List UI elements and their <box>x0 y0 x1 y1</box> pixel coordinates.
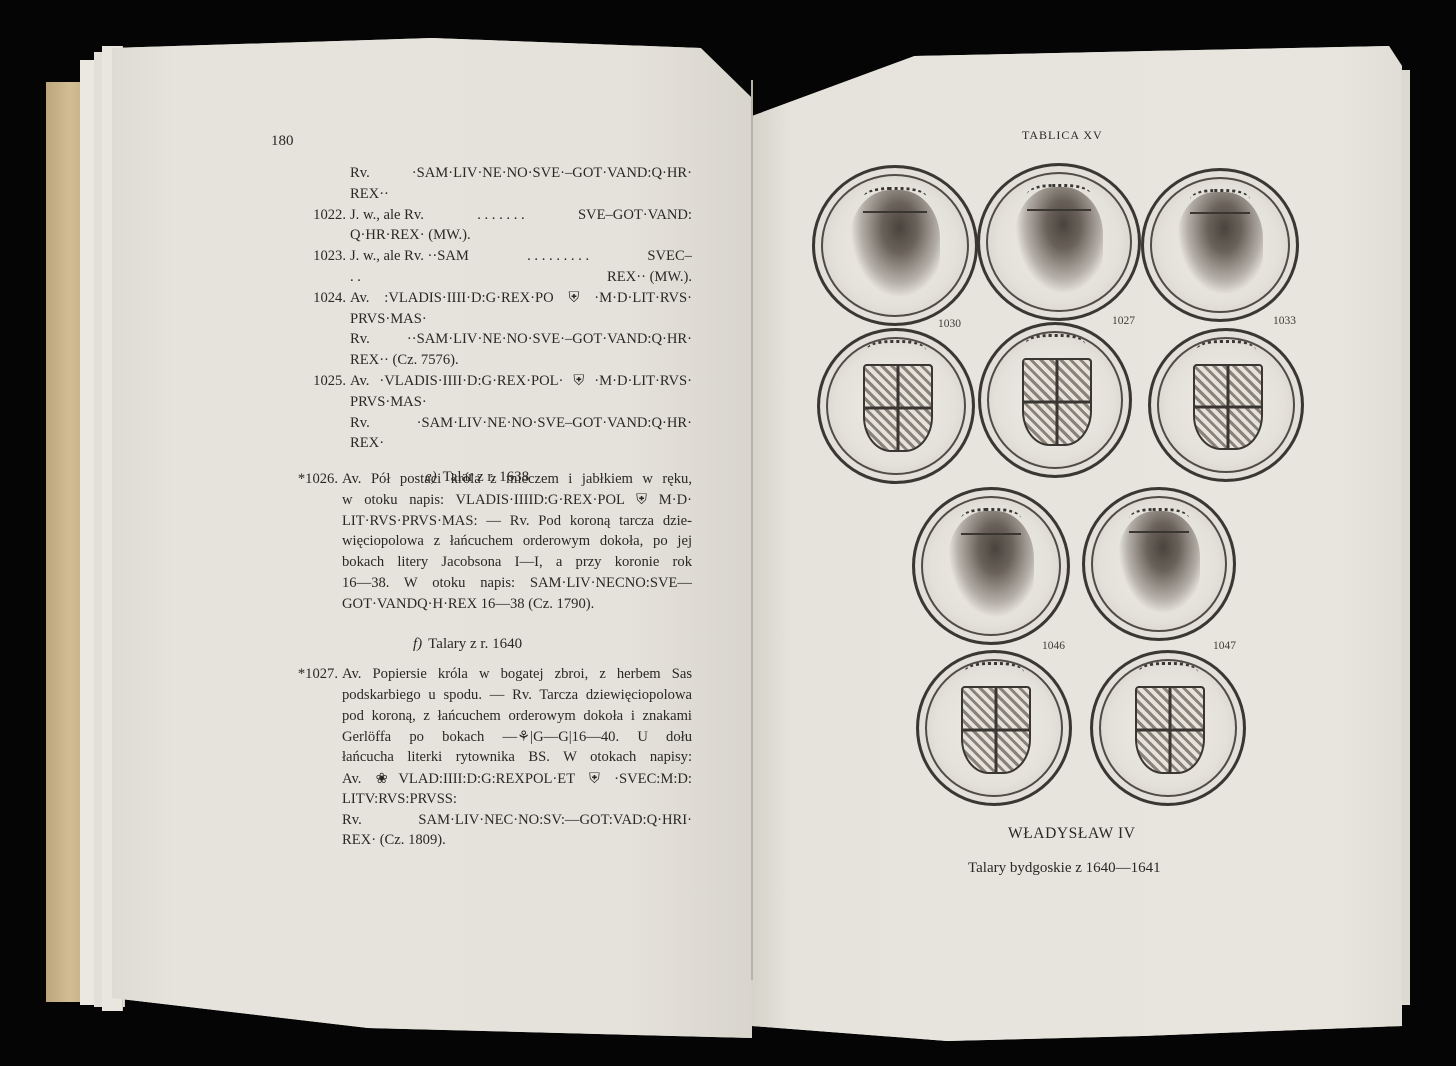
text-fragment: PRVS·MAS· <box>350 311 427 328</box>
text-line: PRVS·MAS· <box>278 311 692 332</box>
text-fragment: Rv. <box>350 331 370 348</box>
entry-text: Av.:VLADIS·IIII·D:G·REX·PO⛨·M·D·LIT·RVS· <box>350 290 692 307</box>
text-fragment: REX·· (MW.). <box>607 269 692 286</box>
coin-1027-reverse <box>978 322 1132 478</box>
entry-text: J. w., ale Rv. ··SAM. . . . . . . . .SVE… <box>350 248 692 265</box>
text-fragment: J. w., ale Rv. ··SAM <box>350 248 469 265</box>
entry-text: więciopolowa z łańcuchem orderowym dokoł… <box>342 533 692 550</box>
entry-text: LITV:RVS:PRVSS: <box>342 791 692 808</box>
entry-text: podskarbiego u spodu. — Rv. Tarcza dziew… <box>342 687 692 704</box>
text-line: *1027.Av. Popiersie króla w bogatej zbro… <box>270 666 692 687</box>
text-line: więciopolowa z łańcuchem orderowym dokoł… <box>270 533 692 554</box>
text-line: Q·HR·REX· (MW.). <box>278 227 692 248</box>
entry-text: . .REX·· (MW.). <box>350 269 692 286</box>
text-line: LITV:RVS:PRVSS: <box>270 791 692 812</box>
coat-of-arms-shield <box>1193 364 1263 451</box>
entry-text: Gerlöffa po bokach —⚘|G—G|16—40. U dołu <box>342 728 692 746</box>
coin-1030-reverse <box>817 328 975 484</box>
coat-of-arms-shield <box>863 364 934 452</box>
text-fragment: Av. <box>350 373 369 390</box>
coin-1046-obverse <box>912 487 1070 645</box>
plate-caption-title: WŁADYSŁAW IV <box>1008 825 1136 843</box>
text-fragment: Rv. <box>350 415 370 432</box>
coat-of-arms-icon: ⛨ <box>573 373 584 390</box>
coat-of-arms-icon: ⛨ <box>569 290 580 307</box>
text-fragment: ·M·D·LIT·RVS· <box>594 290 692 307</box>
entry-text: 16—38. W otoku napis: SAM·LIV·NECNO:SVE— <box>342 575 692 592</box>
text-line: 1022.J. w., ale Rv.. . . . . . .SVE–GOT·… <box>278 207 692 228</box>
coin-1030-obverse <box>812 165 978 326</box>
text-fragment: . . . . . . . . . <box>527 248 589 265</box>
text-fragment: ·VLADIS·IIII·D:G·REX·POL· <box>379 373 563 390</box>
entry-text: REX·· (Cz. 7576). <box>350 352 692 369</box>
entry-text: łańcucha literki rytownika BS. W otokach… <box>342 749 692 766</box>
text-fragment: PRVS·MAS· <box>350 394 427 411</box>
text-fragment: REX· <box>350 435 384 452</box>
text-fragment: REX·· (Cz. 7576). <box>350 352 459 369</box>
entry-text: Rv.··SAM·LIV·NE·NO·SVE·–GOT·VAND:Q·HR· <box>350 331 692 348</box>
coin-number: 1027 <box>1112 315 1135 327</box>
plate-caption-subtitle: Talary bydgoskie z 1640—1641 <box>968 860 1161 877</box>
catalog-entry-1026: *1026.Av. Pół postaci króla z mieczem i … <box>270 471 692 617</box>
entry-text: REX·· <box>350 186 692 203</box>
text-fragment: . . <box>350 269 361 286</box>
crown-mark <box>1025 334 1084 360</box>
plate-title: TABLICA XV <box>1022 128 1103 143</box>
entry-number: 1025. <box>278 373 346 390</box>
text-fragment: Av. <box>350 290 369 307</box>
text-line: PRVS·MAS· <box>278 394 692 415</box>
coin-number: 1046 <box>1042 640 1065 652</box>
book-gutter <box>751 80 753 980</box>
text-fragment: J. w., ale Rv. <box>350 207 424 224</box>
text-fragment: Rv. <box>350 165 370 182</box>
text-line: . .REX·· (MW.). <box>278 269 692 290</box>
entry-text: bokach litery Jacobsona I—I, a przy koro… <box>342 554 692 571</box>
text-line: pod koroną, z łańcuchem orderowym dokoła… <box>270 708 692 729</box>
text-line: REX·· <box>278 186 692 207</box>
text-line: 16—38. W otoku napis: SAM·LIV·NECNO:SVE— <box>270 575 692 596</box>
section-heading-f: f)Talary z r. 1640 <box>413 636 522 653</box>
text-fragment: SVEC– <box>647 248 692 265</box>
entry-text: Av. ❀VLAD:IIII:D:G:REXPOL·ET ⛨ ·SVEC:M:D… <box>342 770 692 788</box>
text-fragment: ··SAM·LIV·NE·NO·SVE·–GOT·VAND:Q·HR· <box>407 331 692 348</box>
text-fragment: ·M·D·LIT·RVS· <box>594 373 692 390</box>
text-line: REX·· (Cz. 7576). <box>278 352 692 373</box>
text-fragment: REX·· <box>350 186 389 203</box>
text-line: 1023.J. w., ale Rv. ··SAM. . . . . . . .… <box>278 248 692 269</box>
coin-1033-reverse <box>1148 328 1304 482</box>
coat-of-arms-shield <box>1135 686 1205 774</box>
entry-text: Av. Popiersie króla w bogatej zbroi, z h… <box>342 666 692 683</box>
entry-text: PRVS·MAS· <box>350 394 692 411</box>
entry-text: w otoku napis: VLADIS·IIIID:G·REX·POL ⛨ … <box>342 492 692 509</box>
text-line: łańcucha literki rytownika BS. W otokach… <box>270 749 692 770</box>
coin-1033-obverse <box>1141 168 1299 322</box>
entry-text: Rv.·SAM·LIV·NE·NO·SVE–GOT·VAND:Q·HR· <box>350 415 692 432</box>
entry-text: Q·HR·REX· (MW.). <box>350 227 692 244</box>
entry-number: 1022. <box>278 207 346 224</box>
entry-text: Av. Pół postaci króla z mieczem i jabłki… <box>342 471 692 488</box>
entry-text: Av.·VLADIS·IIII·D:G·REX·POL·⛨·M·D·LIT·RV… <box>350 373 692 390</box>
coat-of-arms-shield <box>961 686 1031 774</box>
entry-number: 1024. <box>278 290 346 307</box>
entry-text: REX· (Cz. 1809). <box>342 832 692 849</box>
crown-mark <box>964 662 1024 688</box>
entry-number: *1027. <box>270 666 338 683</box>
entry-text: Rv.·SAM·LIV·NE·NO·SVE·–GOT·VAND:Q·HR· <box>350 165 692 182</box>
catalog-entries-1021-1025: Rv.·SAM·LIV·NE·NO·SVE·–GOT·VAND:Q·HR·REX… <box>278 165 692 456</box>
entry-number: *1026. <box>270 471 338 488</box>
coin-1047-obverse <box>1082 487 1236 641</box>
text-line: Rv.··SAM·LIV·NE·NO·SVE·–GOT·VAND:Q·HR· <box>278 331 692 352</box>
coin-number: 1033 <box>1273 315 1296 327</box>
entry-text: GOT·VANDQ·H·REX 16—38 (Cz. 1790). <box>342 596 692 613</box>
coin-1046-reverse <box>916 650 1072 806</box>
text-line: podskarbiego u spodu. — Rv. Tarcza dziew… <box>270 687 692 708</box>
entry-text: J. w., ale Rv.. . . . . . .SVE–GOT·VAND: <box>350 207 692 224</box>
entry-text: REX· <box>350 435 692 452</box>
entry-text: LIT·RVS·PRVS·MAS: — Rv. Pod koroną tarcz… <box>342 513 692 530</box>
crown-mark <box>961 508 1022 534</box>
coin-1047-reverse <box>1090 650 1246 806</box>
entry-text: Rv. SAM·LIV·NEC·NO:SV:—GOT:VAD:Q·HRI· <box>342 812 692 829</box>
crown-mark <box>1129 508 1188 534</box>
text-line: Rv.·SAM·LIV·NE·NO·SVE–GOT·VAND:Q·HR· <box>278 415 692 436</box>
page-number: 180 <box>271 133 294 150</box>
crown-mark <box>866 340 927 366</box>
text-line: 1024.Av.:VLADIS·IIII·D:G·REX·PO⛨·M·D·LIT… <box>278 290 692 311</box>
entry-number: 1023. <box>278 248 346 265</box>
text-line: 1025.Av.·VLADIS·IIII·D:G·REX·POL·⛨·M·D·L… <box>278 373 692 394</box>
crown-mark <box>1190 189 1251 215</box>
text-line: Rv. SAM·LIV·NEC·NO:SV:—GOT:VAD:Q·HRI· <box>270 812 692 833</box>
text-fragment: . . . . . . . <box>477 207 524 224</box>
text-line: LIT·RVS·PRVS·MAS: — Rv. Pod koroną tarcz… <box>270 513 692 534</box>
coin-1027-obverse <box>977 163 1141 321</box>
text-line: bokach litery Jacobsona I—I, a przy koro… <box>270 554 692 575</box>
text-line: REX· <box>278 435 692 456</box>
text-line: Av. ❀VLAD:IIII:D:G:REXPOL·ET ⛨ ·SVEC:M:D… <box>270 770 692 791</box>
crown-mark <box>1196 340 1256 366</box>
text-fragment: ·SAM·LIV·NE·NO·SVE·–GOT·VAND:Q·HR· <box>412 165 692 182</box>
catalog-entry-1027: *1027.Av. Popiersie króla w bogatej zbro… <box>270 666 692 853</box>
text-fragment: :VLADIS·IIII·D:G·REX·PO <box>384 290 553 307</box>
crown-mark <box>863 187 927 214</box>
text-fragment: Q·HR·REX· (MW.). <box>350 227 471 244</box>
text-line: w otoku napis: VLADIS·IIIID:G·REX·POL ⛨ … <box>270 492 692 513</box>
coin-number: 1030 <box>938 318 961 330</box>
text-line: REX· (Cz. 1809). <box>270 832 692 853</box>
text-line: Rv.·SAM·LIV·NE·NO·SVE·–GOT·VAND:Q·HR· <box>278 165 692 186</box>
coat-of-arms-shield <box>1022 358 1091 446</box>
text-line: *1026.Av. Pół postaci króla z mieczem i … <box>270 471 692 492</box>
crown-mark <box>1027 184 1090 210</box>
text-line: GOT·VANDQ·H·REX 16—38 (Cz. 1790). <box>270 596 692 617</box>
text-fragment: ·SAM·LIV·NE·NO·SVE–GOT·VAND:Q·HR· <box>417 415 692 432</box>
entry-text: PRVS·MAS· <box>350 311 692 328</box>
text-fragment: SVE–GOT·VAND: <box>578 207 692 224</box>
crown-mark <box>1138 662 1198 688</box>
text-line: Gerlöffa po bokach —⚘|G—G|16—40. U dołu <box>270 728 692 749</box>
entry-text: pod koroną, z łańcuchem orderowym dokoła… <box>342 708 692 725</box>
coin-number: 1047 <box>1213 640 1236 652</box>
